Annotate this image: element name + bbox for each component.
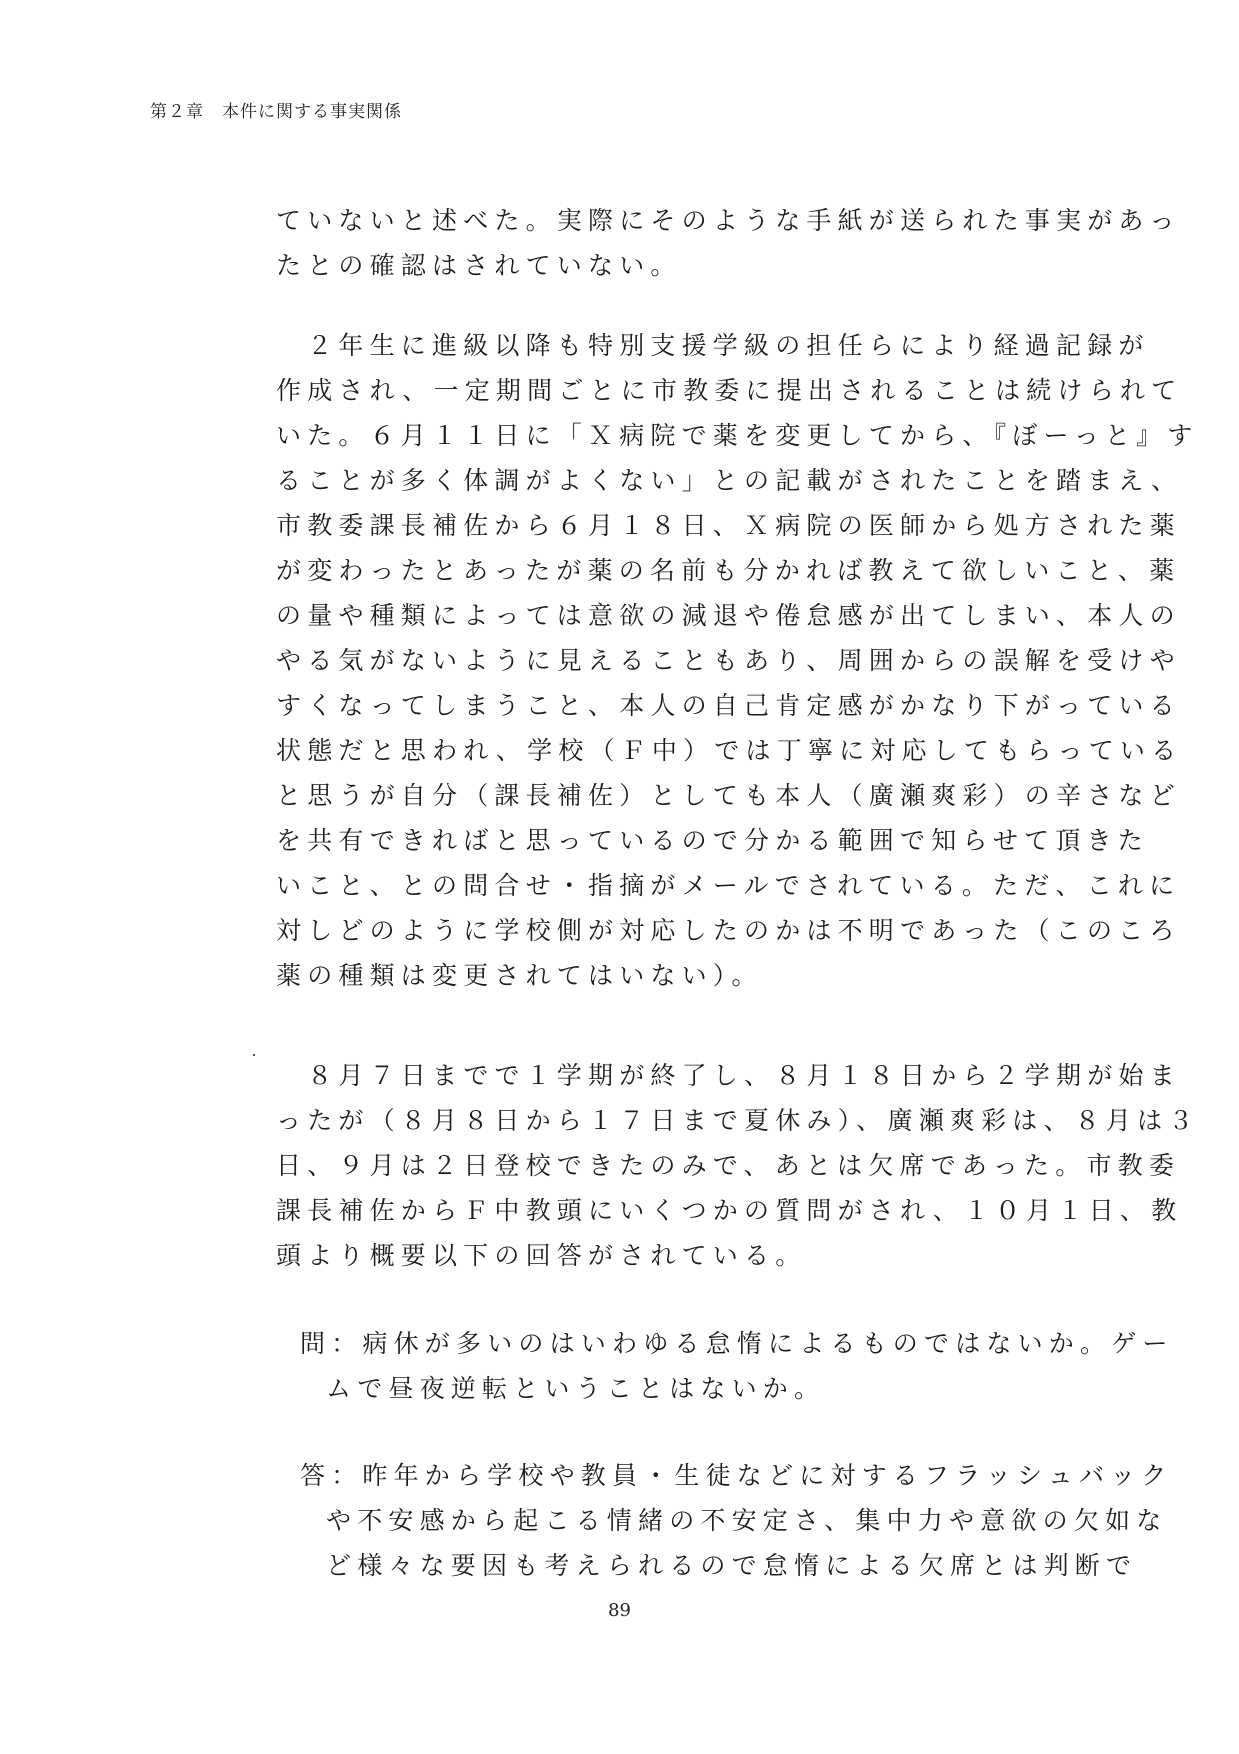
margin-mark [253,1054,255,1056]
text-line: 市教委課長補佐から６月１８日、Ｘ病院の医師から処方された薬 [276,503,1056,548]
text-line: 頭より概要以下の回答がされている。 [276,1233,1056,1278]
question-block: 問：病休が多いのはいわゆる怠惰によるものではないか。ゲー ムで昼夜逆転ということ… [300,1321,1060,1411]
text-line: いた。６月１１日に「Ｘ病院で薬を変更してから、『ぼーっと』す [276,413,1056,458]
question-continuation: ムで昼夜逆転ということはないか。 [300,1366,1060,1411]
text-line: ったが（８月８日から１７日まで夏休み）、廣瀬爽彩は、８月は３ [276,1098,1056,1143]
text-line: が変わったとあったが薬の名前も分かれば教えて欲しいこと、薬 [276,548,1056,593]
paragraph-3: ８月７日までで１学期が終了し、８月１８日から２学期が始ま ったが（８月８日から１… [276,1053,1056,1278]
text-line: ２年生に進級以降も特別支援学級の担任らにより経過記録が [276,323,1056,368]
text-line: ることが多く体調がよくない」との記載がされたことを踏まえ、 [276,458,1056,503]
paragraph-1: ていないと述べた。実際にそのような手紙が送られた事実があっ たとの確認はされてい… [276,198,1056,288]
text-line: やる気がないように見えることもあり、周囲からの誤解を受けや [276,638,1056,683]
paragraph-2: ２年生に進級以降も特別支援学級の担任らにより経過記録が 作成され、一定期間ごとに… [276,323,1056,998]
answer-continuation: ど様々な要因も考えられるので怠惰による欠席とは判断で [300,1543,1060,1588]
text-line: 薬の種類は変更されてはいない）。 [276,953,1056,998]
answer-label: 答： [300,1461,362,1490]
answer-text: 昨年から学校や教員・生徒などに対するフラッシュバック [362,1461,1172,1490]
page-number: 89 [0,1600,1239,1621]
text-line: の量や種類によっては意欲の減退や倦怠感が出てしまい、本人の [276,593,1056,638]
text-line: 状態だと思われ、学校（Ｆ中）では丁寧に対応してもらっている [276,728,1056,773]
text-line: いこと、との問合せ・指摘がメールでされている。ただ、これに [276,863,1056,908]
answer-block: 答：昨年から学校や教員・生徒などに対するフラッシュバック や不安感から起こる情緒… [300,1453,1060,1588]
answer-first-line: 答：昨年から学校や教員・生徒などに対するフラッシュバック [300,1453,1060,1498]
answer-continuation: や不安感から起こる情緒の不安定さ、集中力や意欲の欠如な [300,1498,1060,1543]
text-line: を共有できればと思っているので分かる範囲で知らせて頂きた [276,818,1056,863]
question-label: 問： [300,1329,362,1358]
text-line: 課長補佐からＦ中教頭にいくつかの質問がされ、１０月１日、教 [276,1188,1056,1233]
text-line: たとの確認はされていない。 [276,243,1056,288]
text-line: と思うが自分（課長補佐）としても本人（廣瀬爽彩）の辛さなど [276,773,1056,818]
chapter-header: 第２章 本件に関する事実関係 [150,97,402,122]
question-first-line: 問：病休が多いのはいわゆる怠惰によるものではないか。ゲー [300,1321,1060,1366]
text-line: 日、９月は２日登校できたのみで、あとは欠席であった。市教委 [276,1143,1056,1188]
text-line: 作成され、一定期間ごとに市教委に提出されることは続けられて [276,368,1056,413]
text-line: ８月７日までで１学期が終了し、８月１８日から２学期が始ま [276,1053,1056,1098]
text-line: すくなってしまうこと、本人の自己肯定感がかなり下がっている [276,683,1056,728]
text-line: ていないと述べた。実際にそのような手紙が送られた事実があっ [276,198,1056,243]
question-text: 病休が多いのはいわゆる怠惰によるものではないか。ゲー [362,1329,1173,1358]
text-line: 対しどのように学校側が対応したのかは不明であった（このころ [276,908,1056,953]
